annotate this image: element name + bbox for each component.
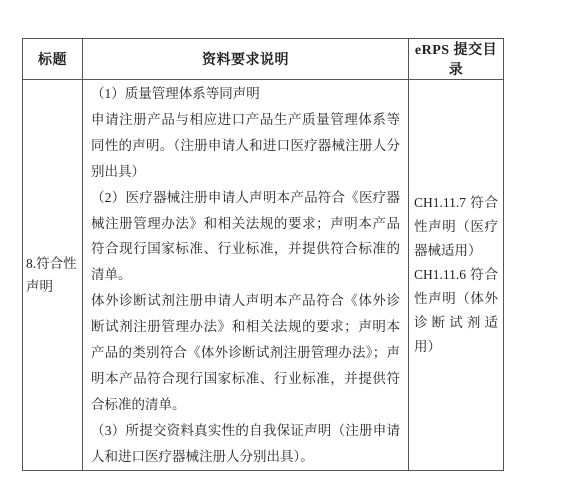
description-paragraph: 申请注册产品与相应进口产品生产质量管理体系等同性的声明。（注册申请人和进口医疗器… (91, 107, 400, 185)
description-paragraph: 体外诊断试剂注册申请人声明本产品符合《体外诊断试剂注册管理办法》和相关法规的要求… (91, 288, 400, 418)
description-paragraph: （2）医疗器械注册申请人声明本产品符合《医疗器械注册管理办法》和相关法规的要求；… (91, 185, 400, 289)
directory-entry: CH1.11.6 符合性声明（体外诊断试剂适用） (414, 263, 498, 359)
document-page: 标题 资料要求说明 eRPS 提交目录 8.符合性声明 （1）质量管理体系等同声… (0, 0, 561, 481)
description-paragraph: （1）质量管理体系等同声明 (91, 81, 400, 107)
table-header-row: 标题 资料要求说明 eRPS 提交目录 (23, 39, 504, 80)
description-paragraph: （3）所提交资料真实性的自我保证声明（注册申请人和进口医疗器械注册人分别出具）。 (91, 418, 400, 470)
requirements-table: 标题 资料要求说明 eRPS 提交目录 8.符合性声明 （1）质量管理体系等同声… (22, 38, 504, 471)
header-cell-description: 资料要求说明 (83, 39, 409, 80)
table-row: 8.符合性声明 （1）质量管理体系等同声明 申请注册产品与相应进口产品生产质量管… (23, 80, 504, 471)
header-cell-title: 标题 (23, 39, 83, 80)
directory-entry: CH1.11.7 符合性声明（医疗器械适用） (414, 191, 498, 263)
row-title-cell: 8.符合性声明 (23, 80, 83, 471)
row-directory-cell: CH1.11.7 符合性声明（医疗器械适用） CH1.11.6 符合性声明（体外… (409, 80, 504, 471)
header-cell-directory: eRPS 提交目录 (409, 39, 504, 80)
row-description-cell: （1）质量管理体系等同声明 申请注册产品与相应进口产品生产质量管理体系等同性的声… (83, 80, 409, 471)
